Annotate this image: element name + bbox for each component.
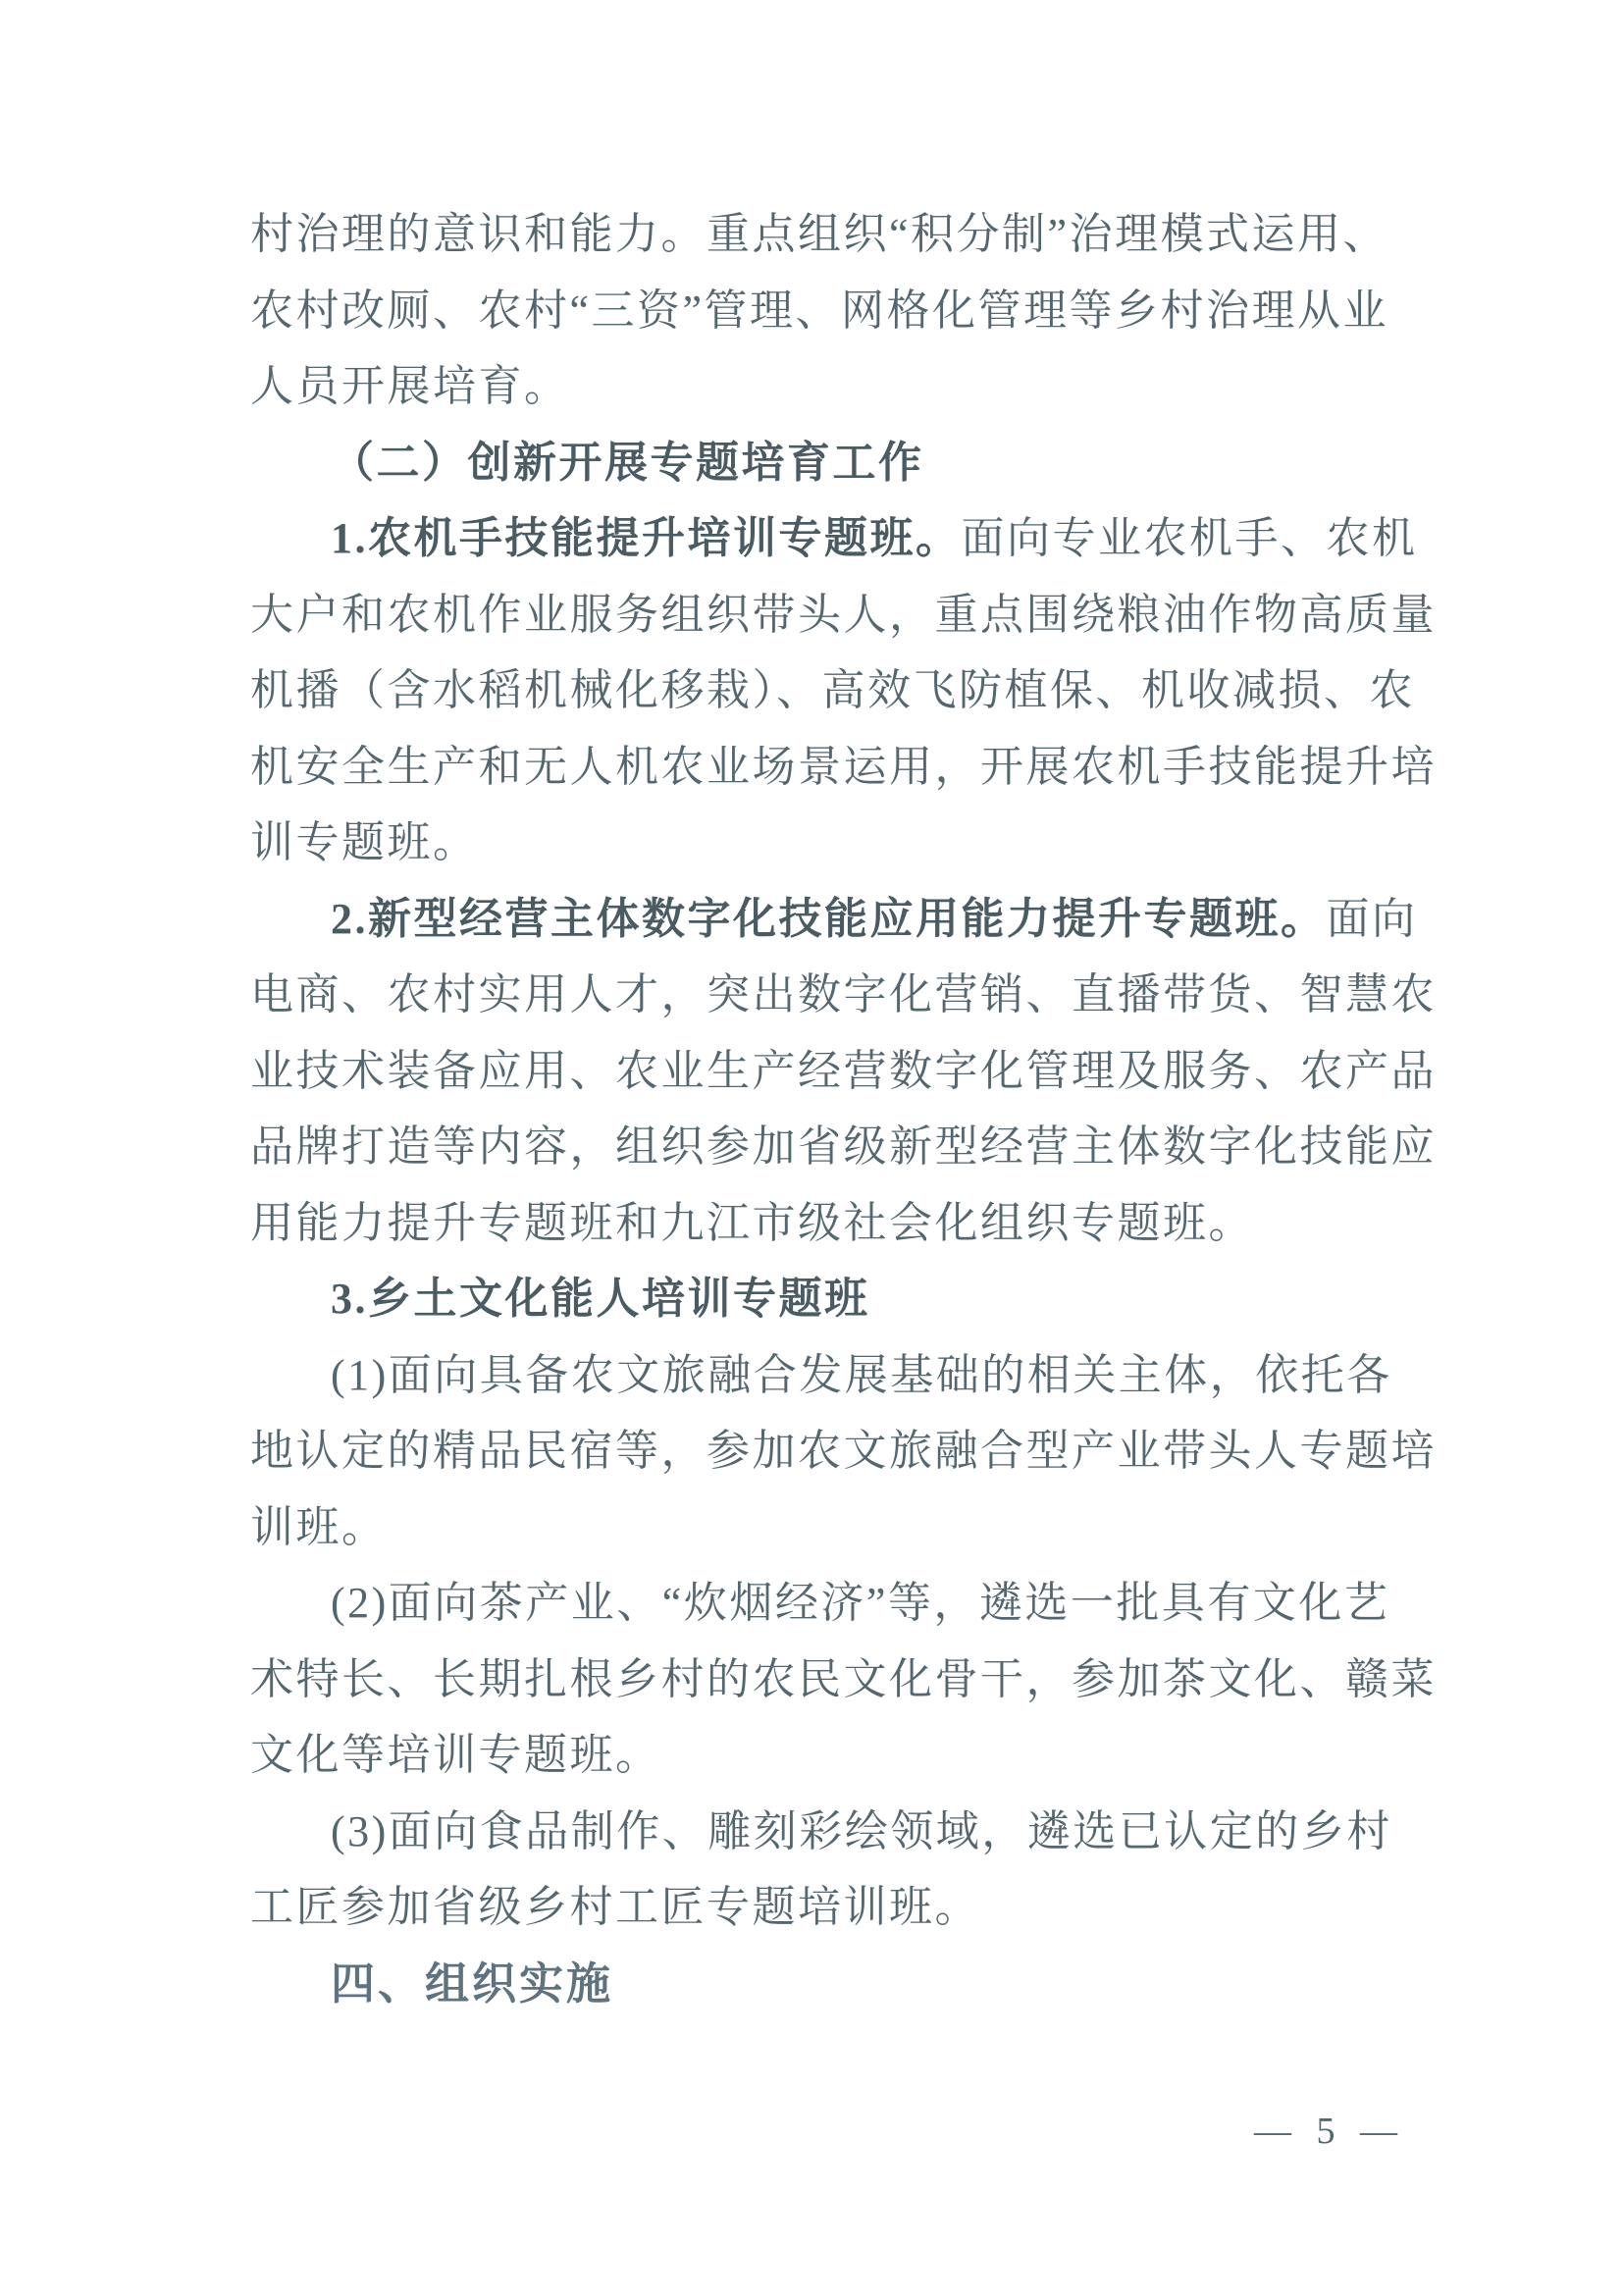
text-line: 村治理的意识和能力。重点组织“积分制”治理模式运用、 <box>250 196 1379 273</box>
text-line: 大户和农机作业服务组织带头人，重点围绕粮油作物高质量 <box>250 577 1379 653</box>
text-line: 业技术装备应用、农业生产经营数字化管理及服务、农产品 <box>250 1033 1379 1110</box>
text-line: 1.农机手技能提升培训专题班。面向专业农机手、农机 <box>250 500 1379 577</box>
body-paragraph: (2)面向茶产业、“炊烟经济”等，遴选一批具有文化艺术特长、长期扎根乡村的农民文… <box>250 1565 1379 1794</box>
page-number: — 5 — <box>1254 2110 1405 2153</box>
document-page: 村治理的意识和能力。重点组织“积分制”治理模式运用、农村改厕、农村“三资”管理、… <box>0 0 1623 2296</box>
text-line: 机安全生产和无人机农业场景运用，开展农机手技能提升培 <box>250 729 1379 806</box>
text-line: (2)面向茶产业、“炊烟经济”等，遴选一批具有文化艺 <box>250 1565 1379 1642</box>
subheading: 3.乡土文化能人培训专题班 <box>250 1261 1379 1337</box>
text-line: 人员开展培育。 <box>250 348 1379 425</box>
text-line: 农村改厕、农村“三资”管理、网格化管理等乡村治理从业 <box>250 273 1379 349</box>
text-line: 机播（含水稻机械化移栽）、高效飞防植保、机收减损、农 <box>250 652 1379 729</box>
section-heading: 四、组织实施 <box>250 1946 1379 2022</box>
text-line: 电商、农村实用人才，突出数字化营销、直播带货、智慧农 <box>250 957 1379 1033</box>
text-line: 训班。 <box>250 1489 1379 1566</box>
text-line: 训专题班。 <box>250 805 1379 881</box>
paragraph-bold-lead: 2.新型经营主体数字化技能应用能力提升专题班。 <box>331 895 1327 943</box>
body-paragraph: 村治理的意识和能力。重点组织“积分制”治理模式运用、农村改厕、农村“三资”管理、… <box>250 196 1379 425</box>
document-body: 村治理的意识和能力。重点组织“积分制”治理模式运用、农村改厕、农村“三资”管理、… <box>250 196 1379 2021</box>
text-line: 用能力提升专题班和九江市级社会化组织专题班。 <box>250 1185 1379 1262</box>
body-paragraph: (1)面向具备农文旅融合发展基础的相关主体，依托各地认定的精品民宿等，参加农文旅… <box>250 1337 1379 1566</box>
text-line: 工匠参加省级乡村工匠专题培训班。 <box>250 1869 1379 1946</box>
text-line: 2.新型经营主体数字化技能应用能力提升专题班。面向 <box>250 881 1379 958</box>
text-line: 文化等培训专题班。 <box>250 1717 1379 1794</box>
text-line: (3)面向食品制作、雕刻彩绘领域，遴选已认定的乡村 <box>250 1794 1379 1870</box>
subheading: （二）创新开展专题培育工作 <box>250 425 1379 501</box>
body-paragraph: 2.新型经营主体数字化技能应用能力提升专题班。面向电商、农村实用人才，突出数字化… <box>250 881 1379 1262</box>
body-paragraph: 1.农机手技能提升培训专题班。面向专业农机手、农机大户和农机作业服务组织带头人，… <box>250 500 1379 881</box>
text-line: 术特长、长期扎根乡村的农民文化骨干，参加茶文化、赣菜 <box>250 1642 1379 1718</box>
body-paragraph: (3)面向食品制作、雕刻彩绘领域，遴选已认定的乡村工匠参加省级乡村工匠专题培训班… <box>250 1794 1379 1946</box>
text-line: 品牌打造等内容，组织参加省级新型经营主体数字化技能应 <box>250 1109 1379 1185</box>
paragraph-bold-lead: 1.农机手技能提升培训专题班。 <box>331 514 962 562</box>
text-line: (1)面向具备农文旅融合发展基础的相关主体，依托各 <box>250 1337 1379 1414</box>
text-line: 四、组织实施 <box>250 1946 1379 2022</box>
text-line: （二）创新开展专题培育工作 <box>250 425 1379 501</box>
text-line: 地认定的精品民宿等，参加农文旅融合型产业带头人专题培 <box>250 1413 1379 1489</box>
text-line: 3.乡土文化能人培训专题班 <box>250 1261 1379 1337</box>
